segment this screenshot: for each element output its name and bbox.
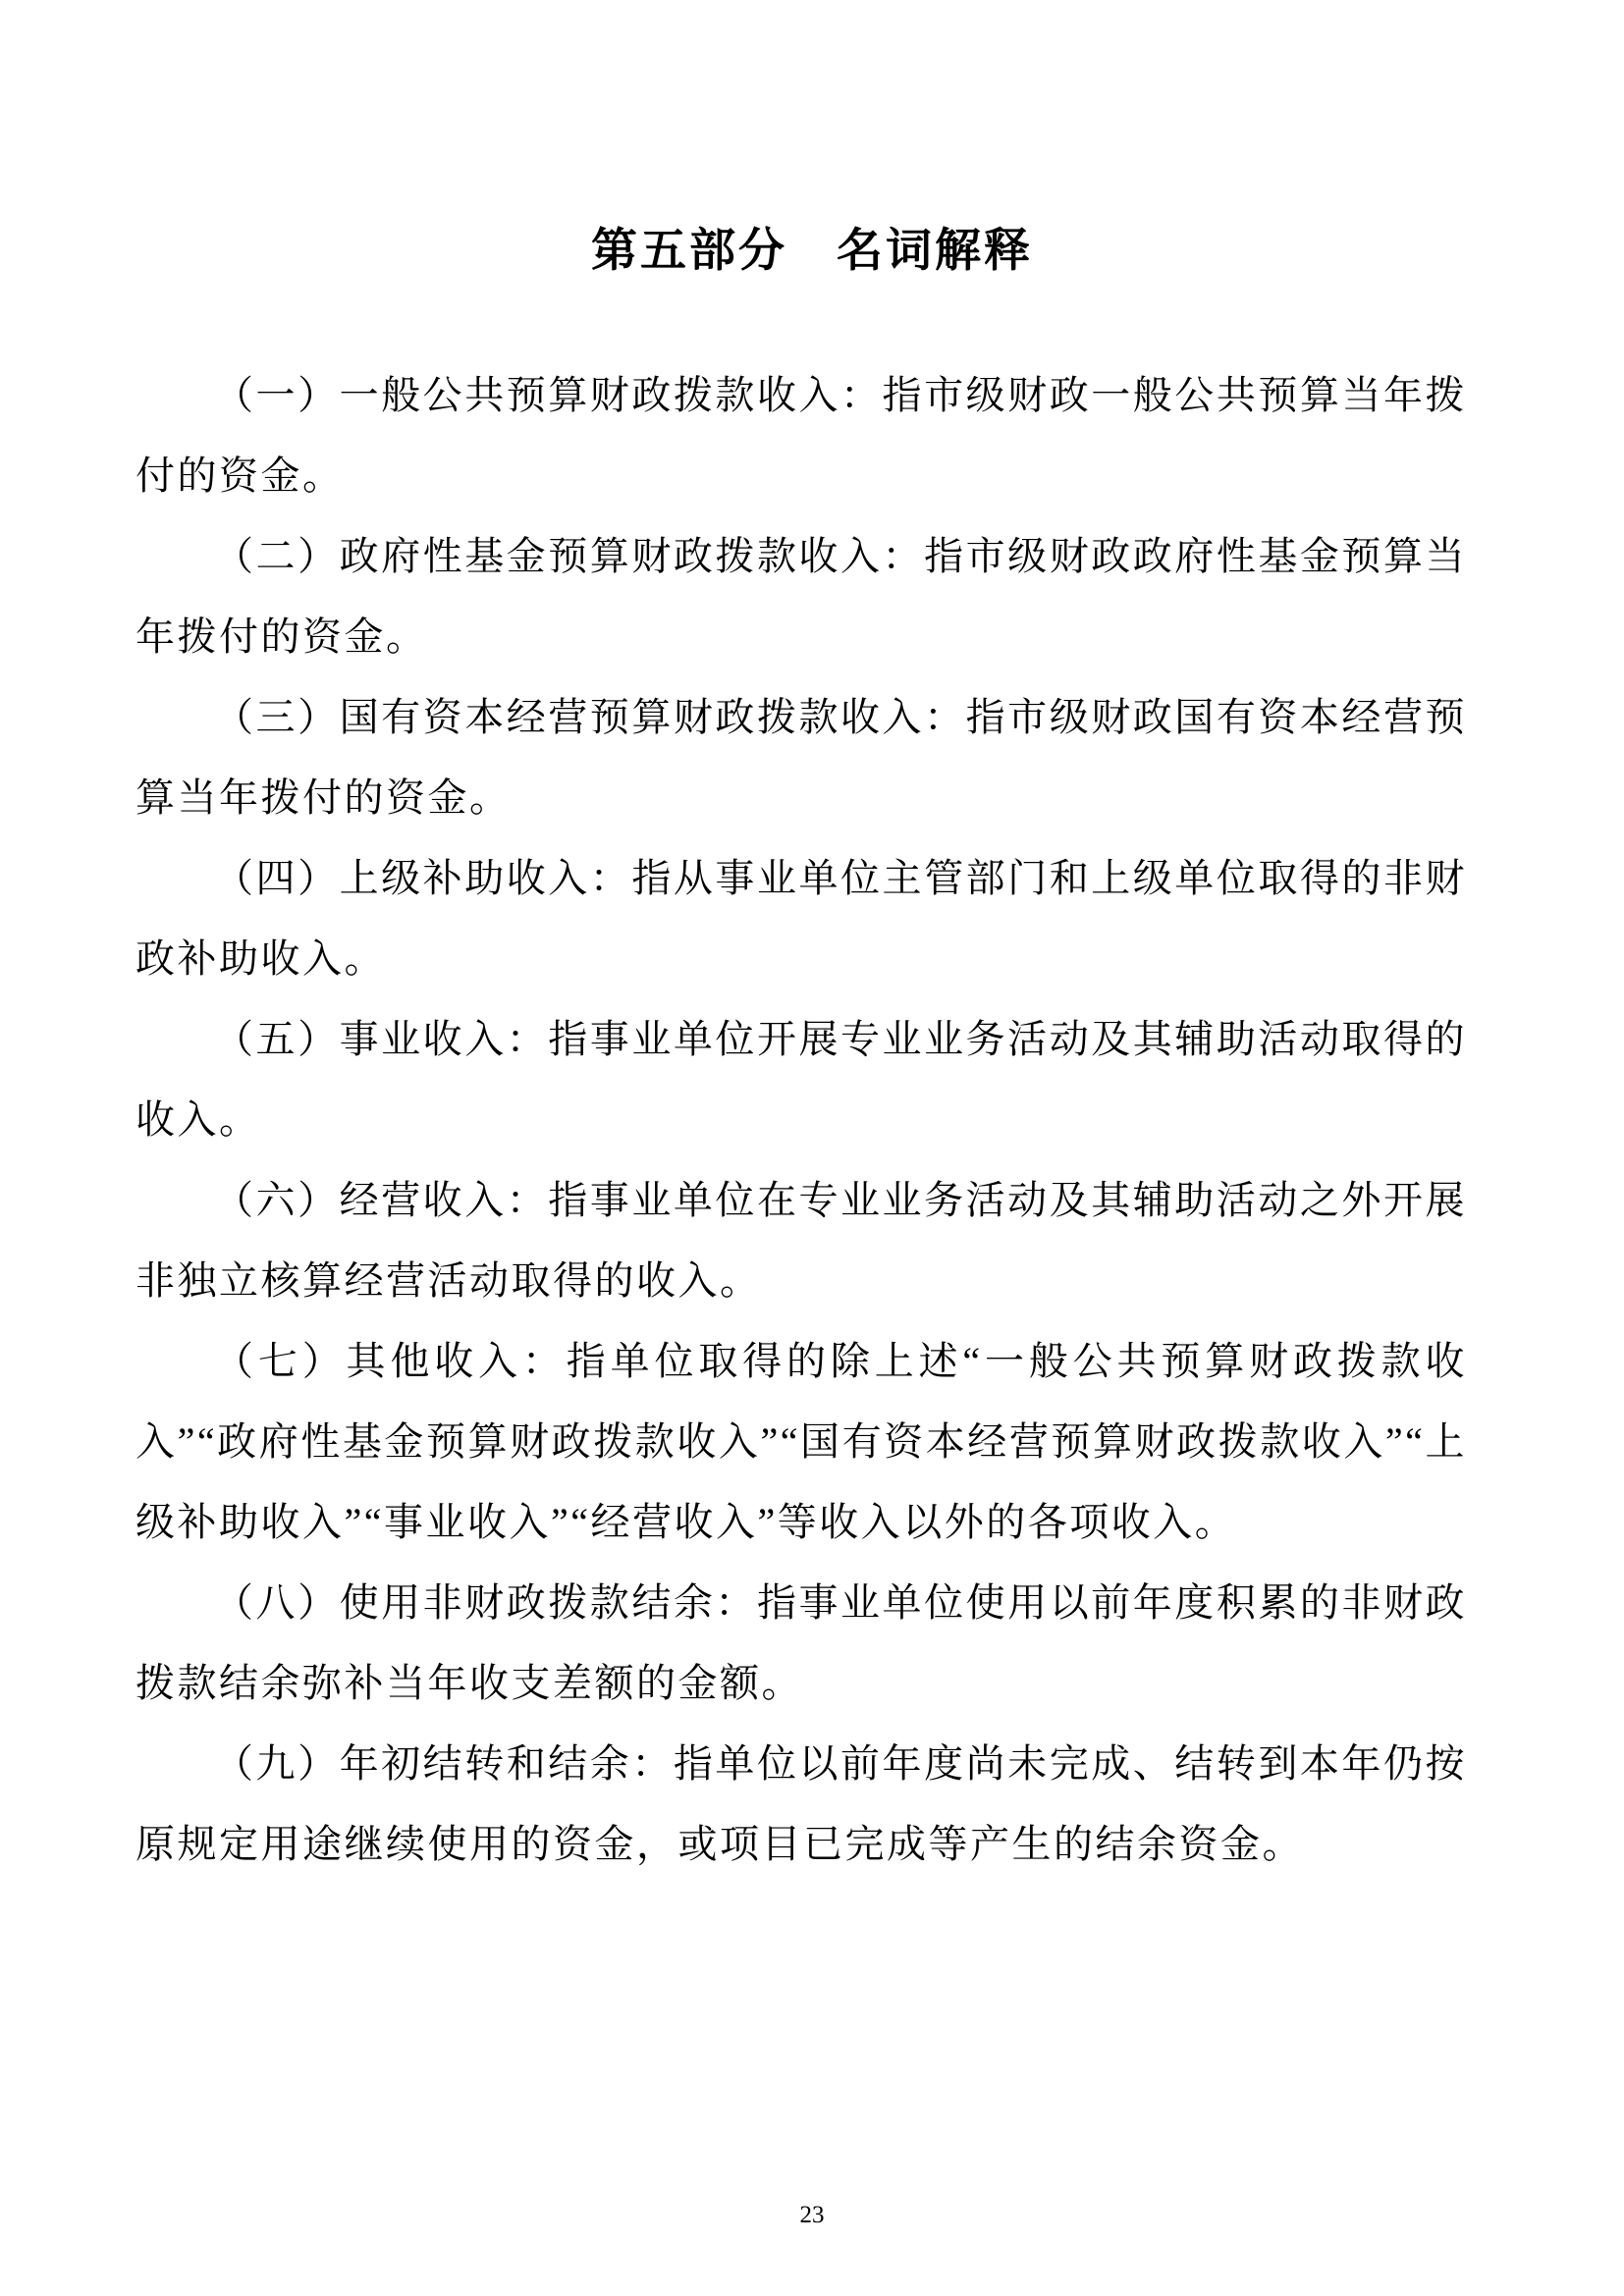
definition-paragraph-2: （二）政府性基金预算财政拨款收入：指市级财政政府性基金预算当年拨付的资金。 bbox=[135, 516, 1467, 677]
definition-paragraph-1: （一）一般公共预算财政拨款收入：指市级财政一般公共预算当年拨付的资金。 bbox=[135, 355, 1467, 516]
page-number: 23 bbox=[0, 2202, 1624, 2229]
definition-paragraph-5: （五）事业收入：指事业单位开展专业业务活动及其辅助活动取得的收入。 bbox=[135, 999, 1467, 1160]
definition-paragraph-7: （七）其他收入：指单位取得的除上述“一般公共预算财政拨款收入”“政府性基金预算财… bbox=[135, 1321, 1467, 1563]
definition-paragraph-8: （八）使用非财政拨款结余：指事业单位使用以前年度积累的非财政拨款结余弥补当年收支… bbox=[135, 1563, 1467, 1724]
definition-paragraph-3: （三）国有资本经营预算财政拨款收入：指市级财政国有资本经营预算当年拨付的资金。 bbox=[135, 677, 1467, 838]
definition-paragraph-6: （六）经营收入：指事业单位在专业业务活动及其辅助活动之外开展非独立核算经营活动取… bbox=[135, 1160, 1467, 1321]
document-body: （一）一般公共预算财政拨款收入：指市级财政一般公共预算当年拨付的资金。 （二）政… bbox=[135, 355, 1467, 1885]
definition-paragraph-9: （九）年初结转和结余：指单位以前年度尚未完成、结转到本年仍按原规定用途继续使用的… bbox=[135, 1724, 1467, 1885]
definition-paragraph-4: （四）上级补助收入：指从事业单位主管部门和上级单位取得的非财政补助收入。 bbox=[135, 838, 1467, 999]
document-page: 第五部分 名词解释 （一）一般公共预算财政拨款收入：指市级财政一般公共预算当年拨… bbox=[0, 0, 1624, 2296]
page-title: 第五部分 名词解释 bbox=[0, 214, 1624, 280]
